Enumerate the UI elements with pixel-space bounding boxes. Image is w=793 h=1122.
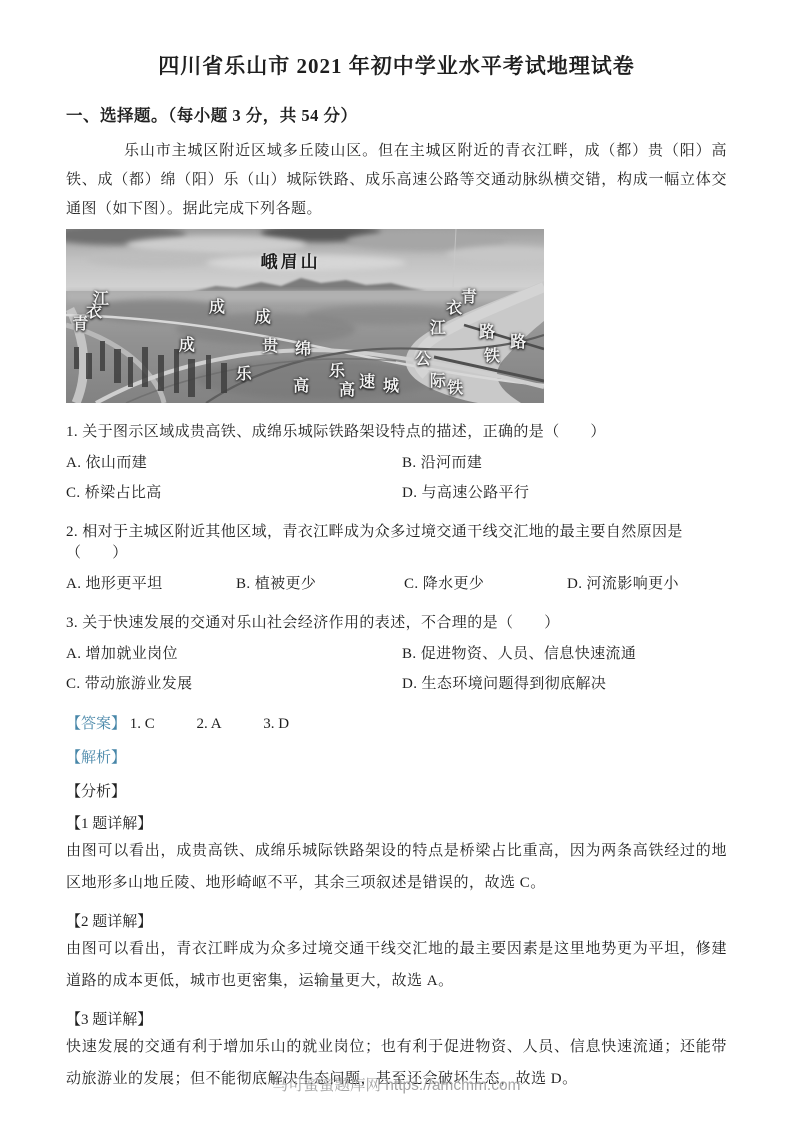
question-2-option-a: A. 地形更平坦 (66, 575, 236, 594)
answer-item-3: 3. D (263, 716, 289, 732)
detail-2-heading: 【2 题详解】 (66, 910, 727, 931)
question-1-option-c: C. 桥梁占比高 (66, 484, 402, 503)
photo-label: 青 (461, 290, 477, 306)
photo-label: 高 (293, 379, 309, 395)
photo-label: 路 (510, 335, 526, 351)
question-3-stem: 3. 关于快速发展的交通对乐山社会经济作用的表述，不合理的是（ ） (66, 611, 727, 632)
answer-item-2: 2. A (197, 716, 222, 732)
photo-label: 青 (72, 317, 88, 333)
page-title: 四川省乐山市 2021 年初中学业水平考试地理试卷 (66, 50, 727, 80)
detail-1-heading: 【1 题详解】 (66, 812, 727, 833)
photo-label: 公 (415, 352, 431, 368)
photo-label: 乐 (329, 364, 345, 380)
site-watermark: 马可蜜蜜题库网 https://amcmm.com (0, 1073, 793, 1095)
photo-label: 绵 (295, 342, 311, 358)
detail-2: 【2 题详解】 由图可以看出，青衣江畔成为众多过境交通干线交汇地的最主要因素是这… (66, 910, 727, 997)
question-2-stem: 2. 相对于主城区附近其他区域，青衣江畔成为众多过境交通干线交汇地的最主要自然原… (66, 520, 727, 562)
question-1: 1. 关于图示区域成贵高铁、成绵乐城际铁路架设特点的描述，正确的是（ ） A. … (66, 420, 727, 503)
photo-label: 速 (359, 375, 375, 391)
photo-label: 成 (255, 310, 271, 326)
photo-label: 城 (383, 379, 399, 395)
photo-label: 铁 (484, 349, 500, 365)
photo-label: 成 (179, 338, 195, 354)
question-1-option-b: B. 沿河而建 (402, 454, 727, 473)
detail-1-text: 由图可以看出，成贵高铁、成绵乐城际铁路架设的特点是桥梁占比重高，因为两条高铁经过… (66, 835, 727, 899)
photo-label: 路 (479, 325, 495, 341)
question-3-options: A. 增加就业岗位 B. 促进物资、人员、信息快速流通 C. 带动旅游业发展 D… (66, 645, 727, 694)
photo-label: 高 (339, 383, 355, 399)
detail-1: 【1 题详解】 由图可以看出，成贵高铁、成绵乐城际铁路架设的特点是桥梁占比重高，… (66, 812, 727, 899)
question-1-option-d: D. 与高速公路平行 (402, 484, 727, 503)
section-heading: 一、选择题。（每小题 3 分，共 54 分） (66, 102, 727, 126)
jiexi-label: 【解析】 (66, 746, 727, 767)
photo-label: 江 (430, 321, 446, 337)
aerial-photo: 峨眉山江衣青成成成贵绵乐高乐高速城公际铁青衣江路路铁 (66, 229, 544, 403)
photo-label: 铁 (447, 381, 463, 397)
exam-page: 四川省乐山市 2021 年初中学业水平考试地理试卷 一、选择题。（每小题 3 分… (0, 0, 793, 1122)
answer-line: 【答案】 1. C 2. A 3. D (66, 712, 727, 733)
question-3: 3. 关于快速发展的交通对乐山社会经济作用的表述，不合理的是（ ） A. 增加就… (66, 611, 727, 694)
question-1-options: A. 依山而建 B. 沿河而建 C. 桥梁占比高 D. 与高速公路平行 (66, 454, 727, 503)
question-2-option-c: C. 降水更少 (404, 575, 567, 594)
question-2-option-b: B. 植被更少 (236, 575, 404, 594)
photo-label: 衣 (446, 301, 462, 317)
question-3-option-c: C. 带动旅游业发展 (66, 675, 402, 694)
question-3-option-b: B. 促进物资、人员、信息快速流通 (402, 645, 727, 664)
photo-label: 成 (209, 300, 225, 316)
photo-label: 衣 (86, 305, 102, 321)
fenxi-label: 【分析】 (66, 780, 727, 801)
question-3-option-a: A. 增加就业岗位 (66, 645, 402, 664)
question-3-option-d: D. 生态环境问题得到彻底解决 (402, 675, 727, 694)
answer-item-1: 1. C (130, 716, 155, 732)
question-2: 2. 相对于主城区附近其他区域，青衣江畔成为众多过境交通干线交汇地的最主要自然原… (66, 520, 727, 594)
photo-label: 贵 (262, 339, 278, 355)
photo-label: 乐 (236, 367, 252, 383)
question-2-options: A. 地形更平坦 B. 植被更少 C. 降水更少 D. 河流影响更小 (66, 575, 727, 594)
intro-paragraph: 乐山市主城区附近区域多丘陵山区。但在主城区附近的青衣江畔，成（都）贵（阳）高铁、… (66, 137, 727, 224)
detail-2-text: 由图可以看出，青衣江畔成为众多过境交通干线交汇地的最主要因素是这里地势更为平坦，… (66, 933, 727, 997)
photo-label: 峨眉山 (261, 254, 321, 271)
photo-label: 际 (430, 374, 446, 390)
question-1-stem: 1. 关于图示区域成贵高铁、成绵乐城际铁路架设特点的描述，正确的是（ ） (66, 420, 727, 441)
question-1-option-a: A. 依山而建 (66, 454, 402, 473)
question-2-option-d: D. 河流影响更小 (567, 575, 727, 594)
answer-label: 【答案】 (66, 716, 126, 732)
detail-3-heading: 【3 题详解】 (66, 1008, 727, 1029)
